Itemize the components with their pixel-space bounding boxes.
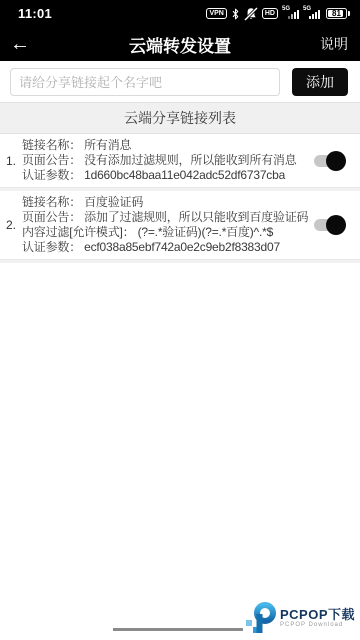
app-bar: ← 云端转发设置 说明 (0, 27, 360, 61)
battery-icon: 81 (326, 8, 350, 19)
watermark-line (113, 628, 243, 631)
pcpop-logo-icon (245, 600, 277, 636)
link-item-2: 2. 链接名称： 百度验证码 页面公告： 添加了过滤规则，所以只能收到百度验证码… (0, 191, 360, 259)
page-title: 云端转发设置 (0, 32, 360, 57)
link-name-line: 链接名称： 所有消息 (22, 138, 308, 153)
link-name-line: 链接名称： 百度验证码 (22, 195, 308, 210)
battery-percent: 81 (327, 9, 346, 18)
item-details: 链接名称： 所有消息 页面公告： 没有添加过滤规则，所以能收到所有消息 认证参数… (22, 138, 308, 183)
page-notice-line: 页面公告： 添加了过滤规则，所以只能收到百度验证码 (22, 210, 308, 225)
signal-bars (288, 10, 299, 19)
mute-icon (244, 7, 258, 21)
toggle-column (308, 154, 352, 168)
item-number: 1. (0, 154, 22, 168)
list-section-header: 云端分享链接列表 (0, 102, 360, 134)
watermark-text: PCPOP下载 PCPOP Download (280, 607, 355, 629)
toggle-column (308, 218, 352, 232)
auth-param-line: 认证参数： ecf038a85ebf742a0e2c9eb2f8383d07 (22, 240, 308, 255)
list-divider (0, 259, 360, 263)
content-filter-line: 内容过滤[允许模式]： (?=.*验证码)(?=.*百度)^.*$ (22, 225, 308, 240)
help-button[interactable]: 说明 (320, 34, 348, 54)
back-arrow-icon[interactable]: ← (0, 27, 40, 61)
phone-screen: 11:01 VPN HD 5G 5G (0, 0, 360, 640)
add-button[interactable]: 添加 (292, 68, 348, 96)
item-number: 2. (0, 218, 22, 232)
auth-param-line: 认证参数： 1d660bc48baa11e042adc52df6737cba (22, 168, 308, 183)
signal-strength-icon-sim1: 5G (282, 7, 299, 20)
link-enable-toggle[interactable] (314, 218, 346, 232)
link-enable-toggle[interactable] (314, 154, 346, 168)
status-time: 11:01 (18, 6, 52, 21)
signal-bars (309, 10, 320, 19)
page-notice-line: 页面公告： 没有添加过滤规则，所以能收到所有消息 (22, 153, 308, 168)
add-link-row: 添加 (0, 61, 360, 102)
hd-icon: HD (262, 8, 278, 19)
watermark: PCPOP下载 PCPOP Download (113, 600, 355, 636)
status-bar: 11:01 VPN HD 5G 5G (0, 0, 360, 27)
link-item-1: 1. 链接名称： 所有消息 页面公告： 没有添加过滤规则，所以能收到所有消息 认… (0, 134, 360, 187)
signal-strength-icon-sim2: 5G (303, 7, 320, 20)
item-details: 链接名称： 百度验证码 页面公告： 添加了过滤规则，所以只能收到百度验证码 内容… (22, 195, 308, 255)
watermark-subtext: PCPOP Download (280, 622, 355, 629)
vpn-icon: VPN (206, 8, 226, 19)
link-name-input[interactable] (10, 68, 280, 96)
status-icons: VPN HD 5G 5G (206, 7, 350, 21)
bluetooth-icon (231, 7, 240, 21)
watermark-brand: PCPOP下载 (280, 607, 355, 622)
